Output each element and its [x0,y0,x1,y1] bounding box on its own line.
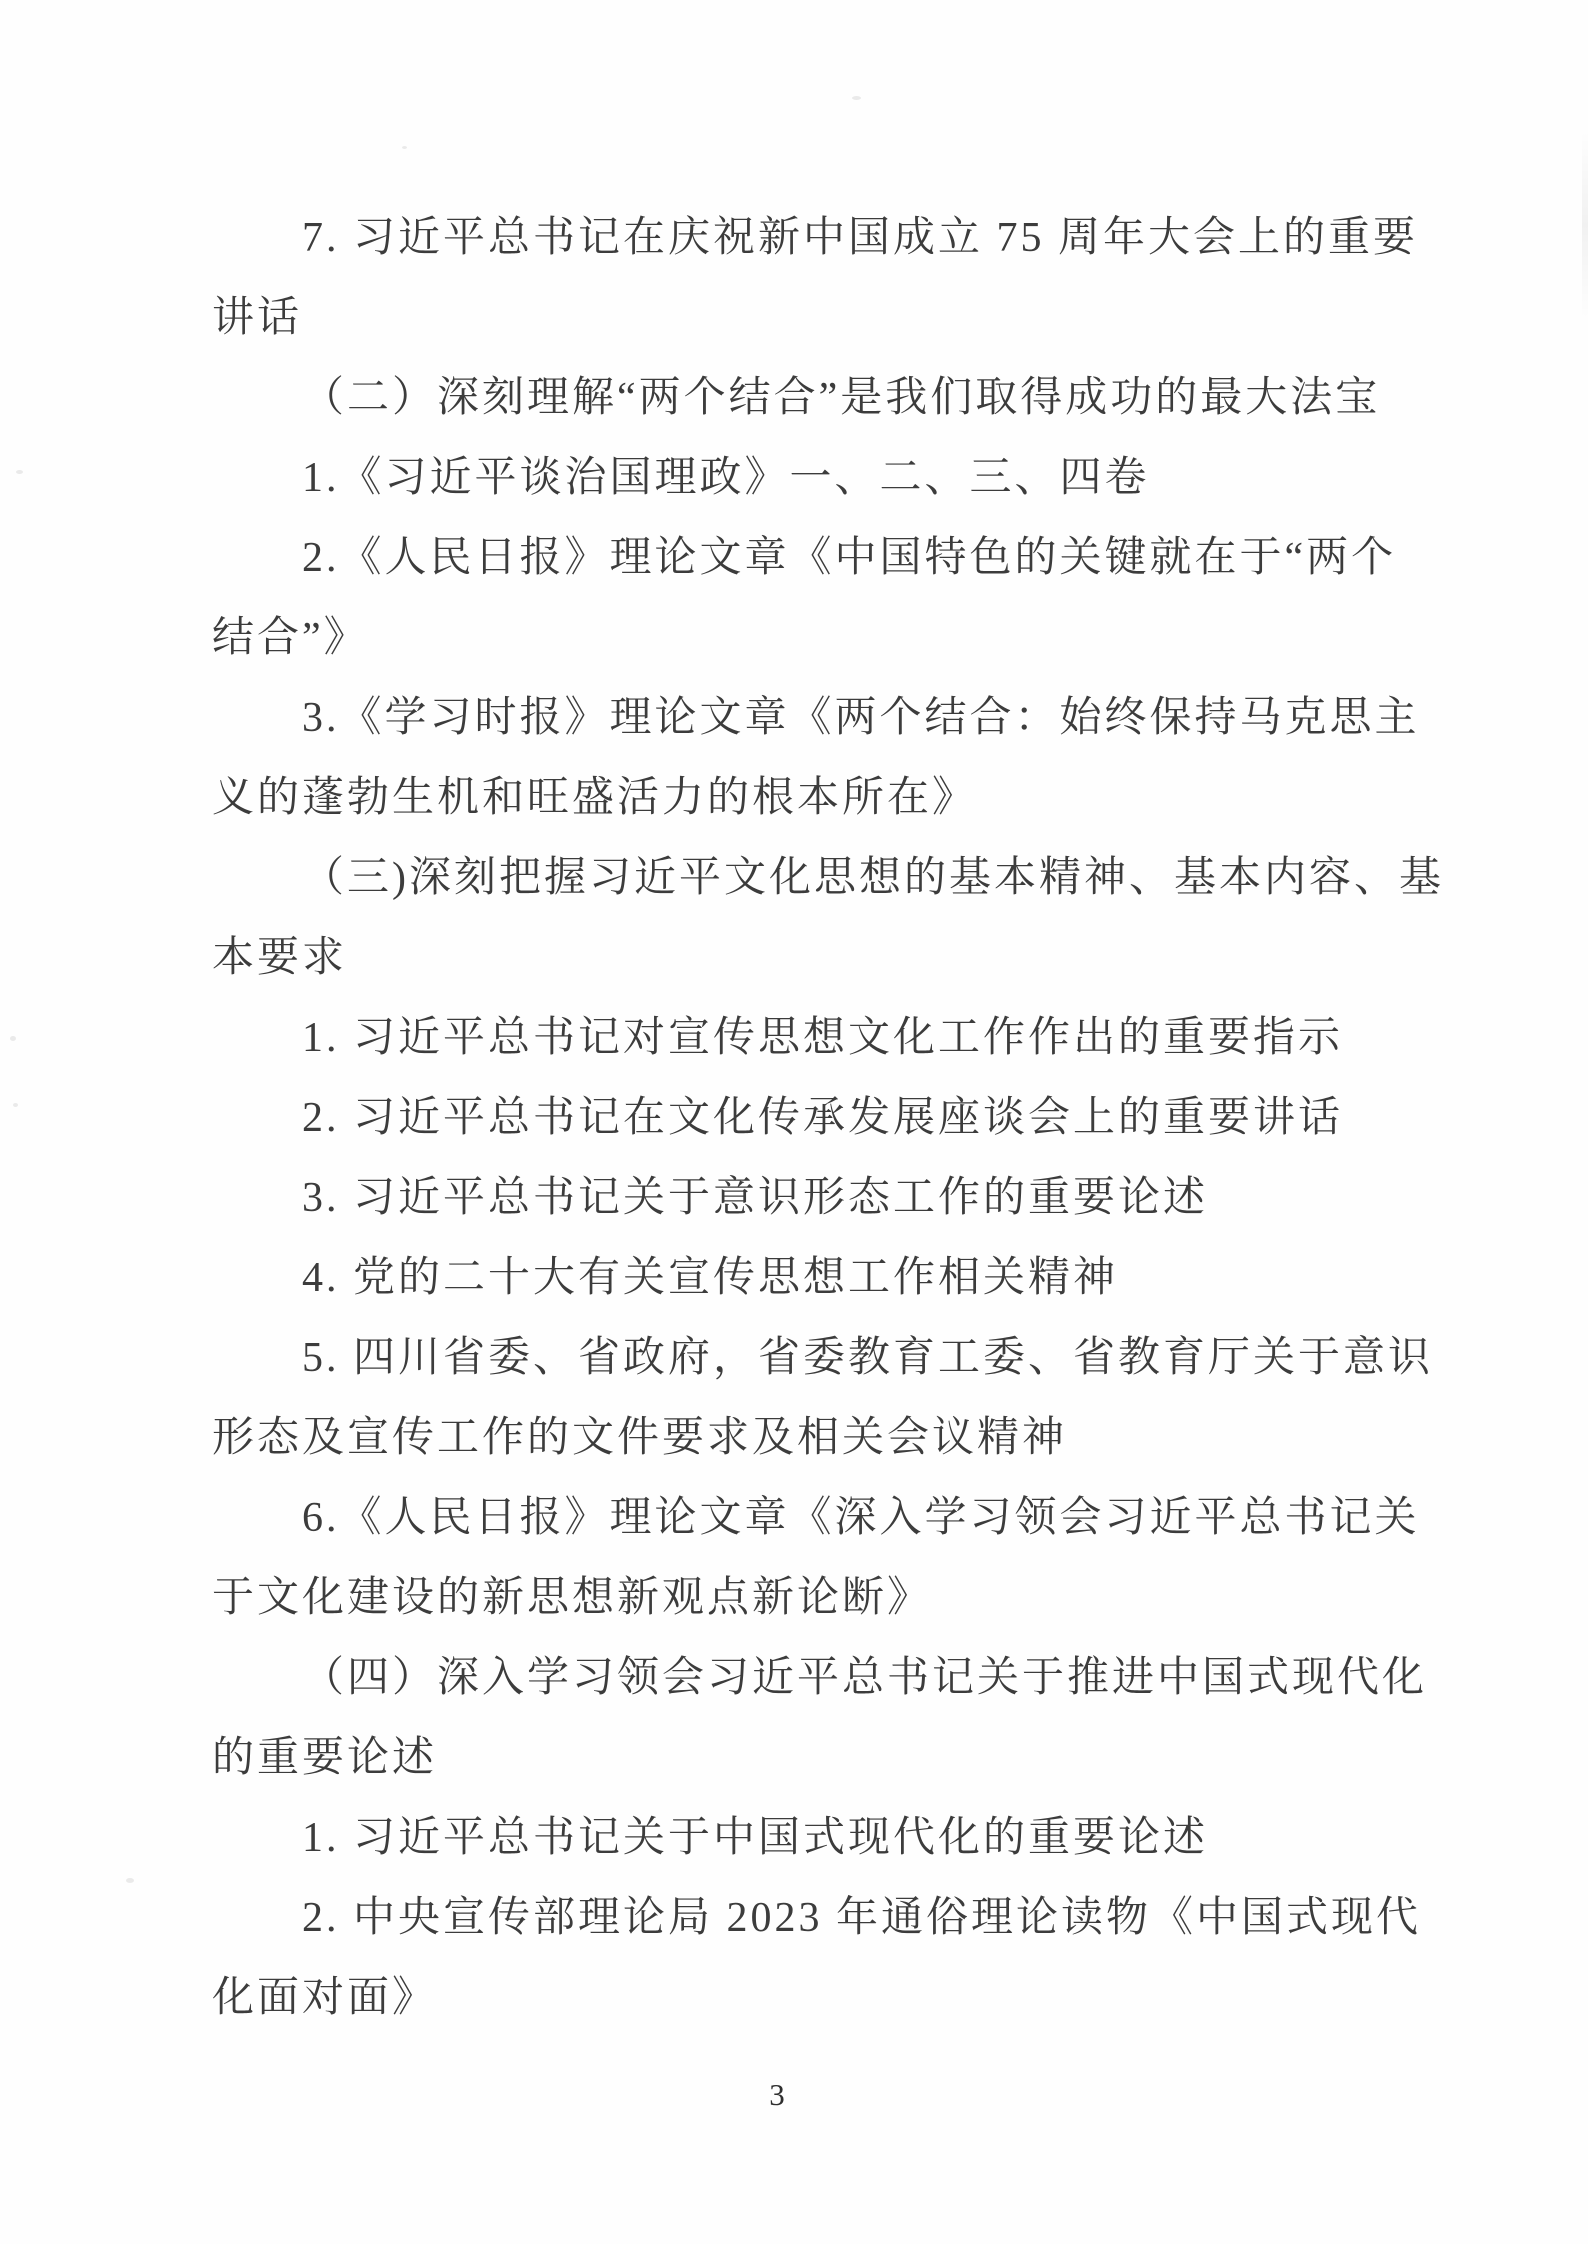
section-heading: 的重要论述 [212,1718,1512,1798]
document-body: 7. 习近平总书记在庆祝新中国成立 75 周年大会上的重要 讲话 （二）深刻理解… [212,198,1512,2038]
section-heading: 本要求 [212,918,1512,998]
section-heading: （四）深入学习领会习近平总书记关于推进中国式现代化 [212,1638,1512,1718]
text-line: 讲话 [212,278,1512,358]
scan-artifact [852,96,861,100]
text-line: 形态及宣传工作的文件要求及相关会议精神 [212,1398,1512,1478]
scanned-document-page: 7. 习近平总书记在庆祝新中国成立 75 周年大会上的重要 讲话 （二）深刻理解… [0,0,1588,2244]
page-number: 3 [756,2074,798,2116]
text-line: 2. 中央宣传部理论局 2023 年通俗理论读物《中国式现代 [212,1878,1512,1958]
section-heading: （二）深刻理解“两个结合”是我们取得成功的最大法宝 [212,358,1512,438]
text-line: 2. 习近平总书记在文化传承发展座谈会上的重要讲话 [212,1078,1512,1158]
text-line: 化面对面》 [212,1958,1512,2038]
text-line: 3. 习近平总书记关于意识形态工作的重要论述 [212,1158,1512,1238]
text-line: 1. 习近平总书记对宣传思想文化工作作出的重要指示 [212,998,1512,1078]
scan-artifact [402,146,407,149]
scan-artifact [10,1036,16,1041]
text-line: 1.《习近平谈治国理政》一、二、三、四卷 [212,438,1512,518]
text-line: 于文化建设的新思想新观点新论断》 [212,1558,1512,1638]
section-heading: （三)深刻把握习近平文化思想的基本精神、基本内容、基 [212,838,1512,918]
text-line: 义的蓬勃生机和旺盛活力的根本所在》 [212,758,1512,838]
scan-artifact [13,1103,18,1107]
scan-artifact [126,1878,134,1883]
text-line: 2.《人民日报》理论文章《中国特色的关键就在于“两个 [212,518,1512,598]
scan-artifact [16,470,23,474]
text-line: 4. 党的二十大有关宣传思想工作相关精神 [212,1238,1512,1318]
text-line: 结合”》 [212,598,1512,678]
text-line: 6.《人民日报》理论文章《深入学习领会习近平总书记关 [212,1478,1512,1558]
scanner-edge-shadow [1582,130,1588,320]
text-line: 3.《学习时报》理论文章《两个结合：始终保持马克思主 [212,678,1512,758]
text-line: 1. 习近平总书记关于中国式现代化的重要论述 [212,1798,1512,1878]
text-line: 7. 习近平总书记在庆祝新中国成立 75 周年大会上的重要 [212,198,1512,278]
text-line: 5. 四川省委、省政府，省委教育工委、省教育厅关于意识 [212,1318,1512,1398]
